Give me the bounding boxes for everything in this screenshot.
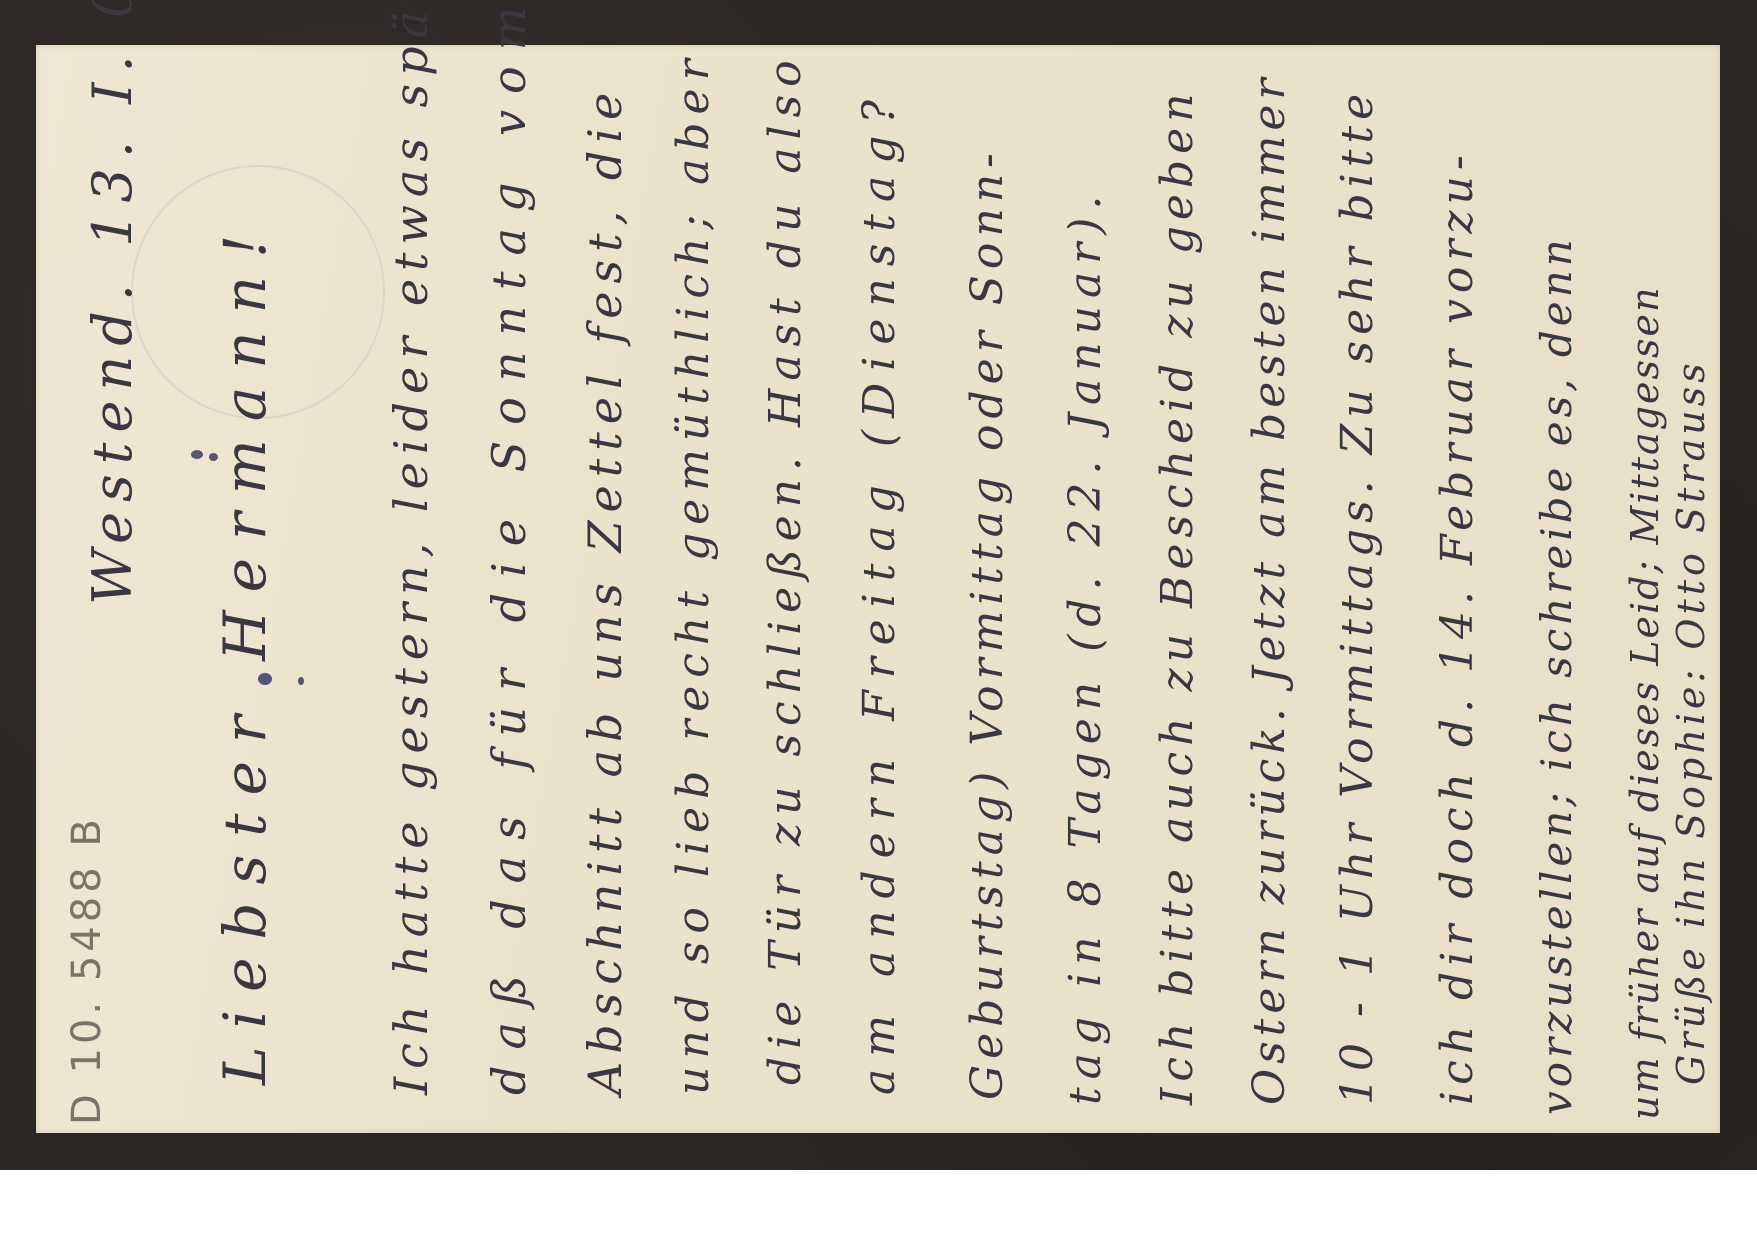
letter-line: 10 - 1 Uhr Vormittags. Zu sehr bitte — [1336, 88, 1380, 1105]
letter-line: tag in 8 Tagen (d. 22. Januar). — [1064, 188, 1108, 1105]
archive-number: D 10. 5488 B — [64, 815, 110, 1125]
letter-line: Ich hatte gestern, leider etwas später — [388, 0, 434, 1095]
letter-line: daß das für die Sonntag vom — [486, 0, 532, 1095]
ink-blot — [191, 450, 203, 459]
letter-line: Ostern zurück. Jetzt am besten immer — [1248, 74, 1292, 1105]
letter-line: die Tür zu schließen. Hast du also — [764, 52, 808, 1085]
letter-line: Ich bitte auch zu Bescheid zu geben — [1156, 88, 1200, 1105]
ink-blot — [298, 677, 304, 685]
place-date-header: Westend. 13. I. 05. — [86, 0, 140, 605]
letter-line-signature: Grüße ihn Sophie: Otto Strauss — [1672, 359, 1710, 1085]
salutation: Liebster Hermann! — [216, 217, 274, 1085]
letter-line: und so lieb recht gemüthlich; aber — [672, 51, 716, 1095]
letter-line: Geburtstag) Vormittag oder Sonn- — [966, 147, 1010, 1100]
letter-line: vorzustellen; ich schreibe es, denn — [1536, 235, 1578, 1115]
letter-line: ich dir doch d. 14. Februar vorzu- — [1436, 149, 1480, 1105]
postcard: D 10. 5488 B Westend. 13. I. 05. Liebste… — [36, 45, 1720, 1133]
letter-line: Abschnitt ab uns Zettel fest, die — [582, 85, 628, 1095]
letter-line: um früher auf dieses Leid; Mittagessen — [1626, 286, 1664, 1120]
letter-line: am andern Freitag (Dienstag? — [858, 88, 902, 1095]
